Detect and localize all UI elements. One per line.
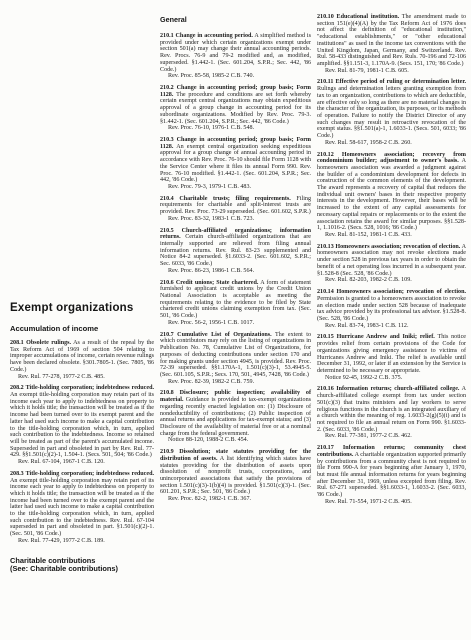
entry-title: Effective period of ruling or determinat… [335,79,466,85]
entry-number: 208.2 [10,385,26,391]
document-page: Exempt organizations Accumulation of inc… [0,0,471,640]
entry-citation: Rev. Proc. 82-39, 1982-2 C.B. 759. [160,379,311,386]
digest-entry: 210.14 Homeowners association; revocatio… [317,289,466,329]
entry-body: 210.2 Change in accounting period; group… [160,85,311,125]
entry-citation: Notice 92-45, 1992-2 C.B. 375. [317,375,466,382]
entry-number: 210.5 [160,228,182,234]
section-heading-exempt-organizations: Exempt organizations [10,302,154,314]
entry-number: 210.13 [317,244,335,250]
entry-title: Church-affiliated organizations; informa… [160,228,311,241]
entry-number: 210.9 [160,449,179,455]
entry-title: Credit unions; State chartered. [176,280,259,286]
entry-citation: Rev. Rul. 82-203, 1982-2 C.B. 109. [317,277,466,284]
digest-entry: 210.5 Church-affiliated organizations; i… [160,228,311,275]
entry-body: 210.4 Charitable trusts; filing requirem… [160,196,311,216]
middle-column-entries: 210.1 Change in accounting period. A sim… [160,33,311,503]
cross-reference-see-note: (See: Charitable contributions) [10,565,154,574]
entry-number: 210.15 [317,334,337,340]
entry-title: Title-holding corporation; indebtedness … [26,471,154,477]
entry-body: 210.13 Homeowners association; revocatio… [317,244,466,278]
left-column-spacer [10,14,154,302]
entry-number: 210.12 [317,152,342,158]
entry-body: 210.17 Information returns; community ch… [317,445,466,499]
entry-title: Title-holding corporation; indebtedness … [26,385,154,391]
entry-number: 210.3 [160,137,177,143]
entry-citation: Rev. Rul. 67-104, 1967-1 C.B. 120. [10,459,154,466]
entry-title: Change in accounting period. [176,33,253,39]
digest-entry: 210.13 Homeowners association; revocatio… [317,244,466,284]
entry-number: 210.10 [317,14,337,20]
entry-citation: Rev. Proc. 82-2, 1982-1 C.B. 367. [160,496,311,503]
entry-number: 210.14 [317,289,337,295]
entry-title: Obsolete rulings. [26,340,71,346]
entry-title: Information returns; church-affiliated c… [336,386,459,392]
digest-entry: 210.2 Change in accounting period; group… [160,85,311,132]
entry-title: Change in accounting period; group basis… [160,137,311,150]
digest-entry: 208.2 Title-holding corporation; indebte… [10,385,154,466]
entry-number: 210.6 [160,280,176,286]
entry-citation: Rev. Rul. 77-278, 1977-2 C.B. 485. [10,374,154,381]
entry-citation: Rev. Proc. 85-58, 1985-2 C.B. 740. [160,73,311,80]
entry-body: 210.3 Change in accounting period; group… [160,137,311,184]
entry-title: Hurricane Andrew and Iniki; relief. [337,334,435,340]
entry-number: 208.3 [10,471,26,477]
entry-body: 210.11 Effective period of ruling or det… [317,79,466,139]
digest-entry: 210.6 Credit unions; State chartered. A … [160,280,311,327]
entry-citation: Rev. Proc. 86-23, 1986-1 C.B. 564. [160,268,311,275]
digest-entry: 210.7 Cumulative List of Organizations. … [160,332,311,386]
entry-citation: Rev. Rul. 77-429, 1977-2 C.B. 189. [10,538,154,545]
entry-number: 210.17 [317,445,343,451]
digest-entry: 208.3 Title-holding corporation; indebte… [10,471,154,545]
digest-entry: 210.11 Effective period of ruling or det… [317,79,466,146]
entry-body: 210.15 Hurricane Andrew and Iniki; relie… [317,334,466,374]
entry-title: Homeowners association; revocation of el… [337,289,467,295]
entry-number: 210.11 [317,79,335,85]
middle-column: General 210.1 Change in accounting perio… [160,14,311,508]
entry-body: 210.1 Change in accounting period. A sim… [160,33,311,73]
digest-entry: 210.3 Change in accounting period; group… [160,137,311,191]
entry-citation: Rev. Proc. 79-3, 1979-1 C.B. 483. [160,184,311,191]
entry-title: Educational institution. [337,14,400,20]
entry-body: 210.5 Church-affiliated organizations; i… [160,228,311,268]
entry-citation: Rev. Rul. 58-617, 1958-2 C.B. 260. [317,140,466,147]
entry-body: 210.8 Disclosure; public inspection; ava… [160,390,311,437]
entry-title: Cumulative List of Organizations. [177,332,271,338]
entry-citation: Rev. Rul. 71-554, 1971-2 C.B. 405. [317,499,466,506]
entry-citation: Rev. Proc. 83-32, 1983-1 C.B. 723. [160,216,311,223]
digest-entry: 210.12 Homeowners association; recovery … [317,152,466,239]
digest-entry: 210.17 Information returns; community ch… [317,445,466,505]
subsection-heading-accumulation-of-income: Accumulation of income [10,324,154,333]
left-column-entries: 208.1 Obsolete rulings. As a result of t… [10,340,154,545]
digest-entry: 210.15 Hurricane Andrew and Iniki; relie… [317,334,466,381]
entry-body: 208.3 Title-holding corporation; indebte… [10,471,154,538]
entry-citation: Rev. Rul. 77-381, 1977-2 C.B. 462. [317,433,466,440]
entry-body: 210.6 Credit unions; State chartered. A … [160,280,311,320]
entry-number: 208.1 [10,340,26,346]
entry-title: Dissolution; state statutes providing fo… [160,449,311,462]
digest-entry: 208.1 Obsolete rulings. As a result of t… [10,340,154,380]
entry-citation: Rev. Proc. 56-2, 1956-1 C.B. 1017. [160,320,311,327]
entry-citation: Rev. Proc. 76-10, 1976-1 C.B. 548. [160,125,311,132]
entry-body: 208.2 Title-holding corporation; indebte… [10,385,154,459]
column-heading-general: General [160,16,311,24]
entry-title: Change in accounting period; group basis… [160,85,311,98]
digest-entry: 210.4 Charitable trusts; filing requirem… [160,196,311,223]
digest-entry: 210.9 Dissolution; state statutes provid… [160,449,311,503]
entry-number: 210.4 [160,196,179,202]
entry-number: 210.2 [160,85,177,91]
entry-citation: Rev. Rul. 83-74, 1983-1 C.B. 112. [317,323,466,330]
right-column: 210.10 Educational institution. The amen… [317,14,466,511]
entry-title: Charitable trusts; filing requirements. [179,196,291,202]
entry-body: 210.7 Cumulative List of Organizations. … [160,332,311,379]
left-column: Exempt organizations Accumulation of inc… [10,14,154,574]
entry-number: 210.16 [317,386,336,392]
entry-number: 210.1 [160,33,176,39]
entry-citation: Rev. Rul. 81-152, 1981-1 C.B. 433. [317,232,466,239]
entry-body: 210.16 Information returns; church-affil… [317,386,466,433]
entry-citation: Notice 88-120, 1988-2 C.B. 454. [160,437,311,444]
entry-body: 210.12 Homeowners association; recovery … [317,152,466,232]
cross-reference-block: Charitable contributions (See: Charitabl… [10,557,154,574]
entry-title: Disclosure; public inspection; availabil… [160,390,311,403]
entry-body: 208.1 Obsolete rulings. As a result of t… [10,340,154,374]
digest-entry: 210.8 Disclosure; public inspection; ava… [160,390,311,444]
entry-body: 210.14 Homeowners association; revocatio… [317,289,466,323]
digest-entry: 210.1 Change in accounting period. A sim… [160,33,311,80]
digest-entry: 210.10 Educational institution. The amen… [317,14,466,74]
entry-title: Homeowners association; revocation of el… [335,244,460,250]
right-column-entries: 210.10 Educational institution. The amen… [317,14,466,506]
entry-body: 210.9 Dissolution; state statutes provid… [160,449,311,496]
entry-citation: Rev. Rul. 81-79, 1981-1 C.B. 605. [317,68,466,75]
entry-number: 210.8 [160,390,180,396]
entry-number: 210.7 [160,332,177,338]
entry-body: 210.10 Educational institution. The amen… [317,14,466,68]
digest-entry: 210.16 Information returns; church-affil… [317,386,466,440]
